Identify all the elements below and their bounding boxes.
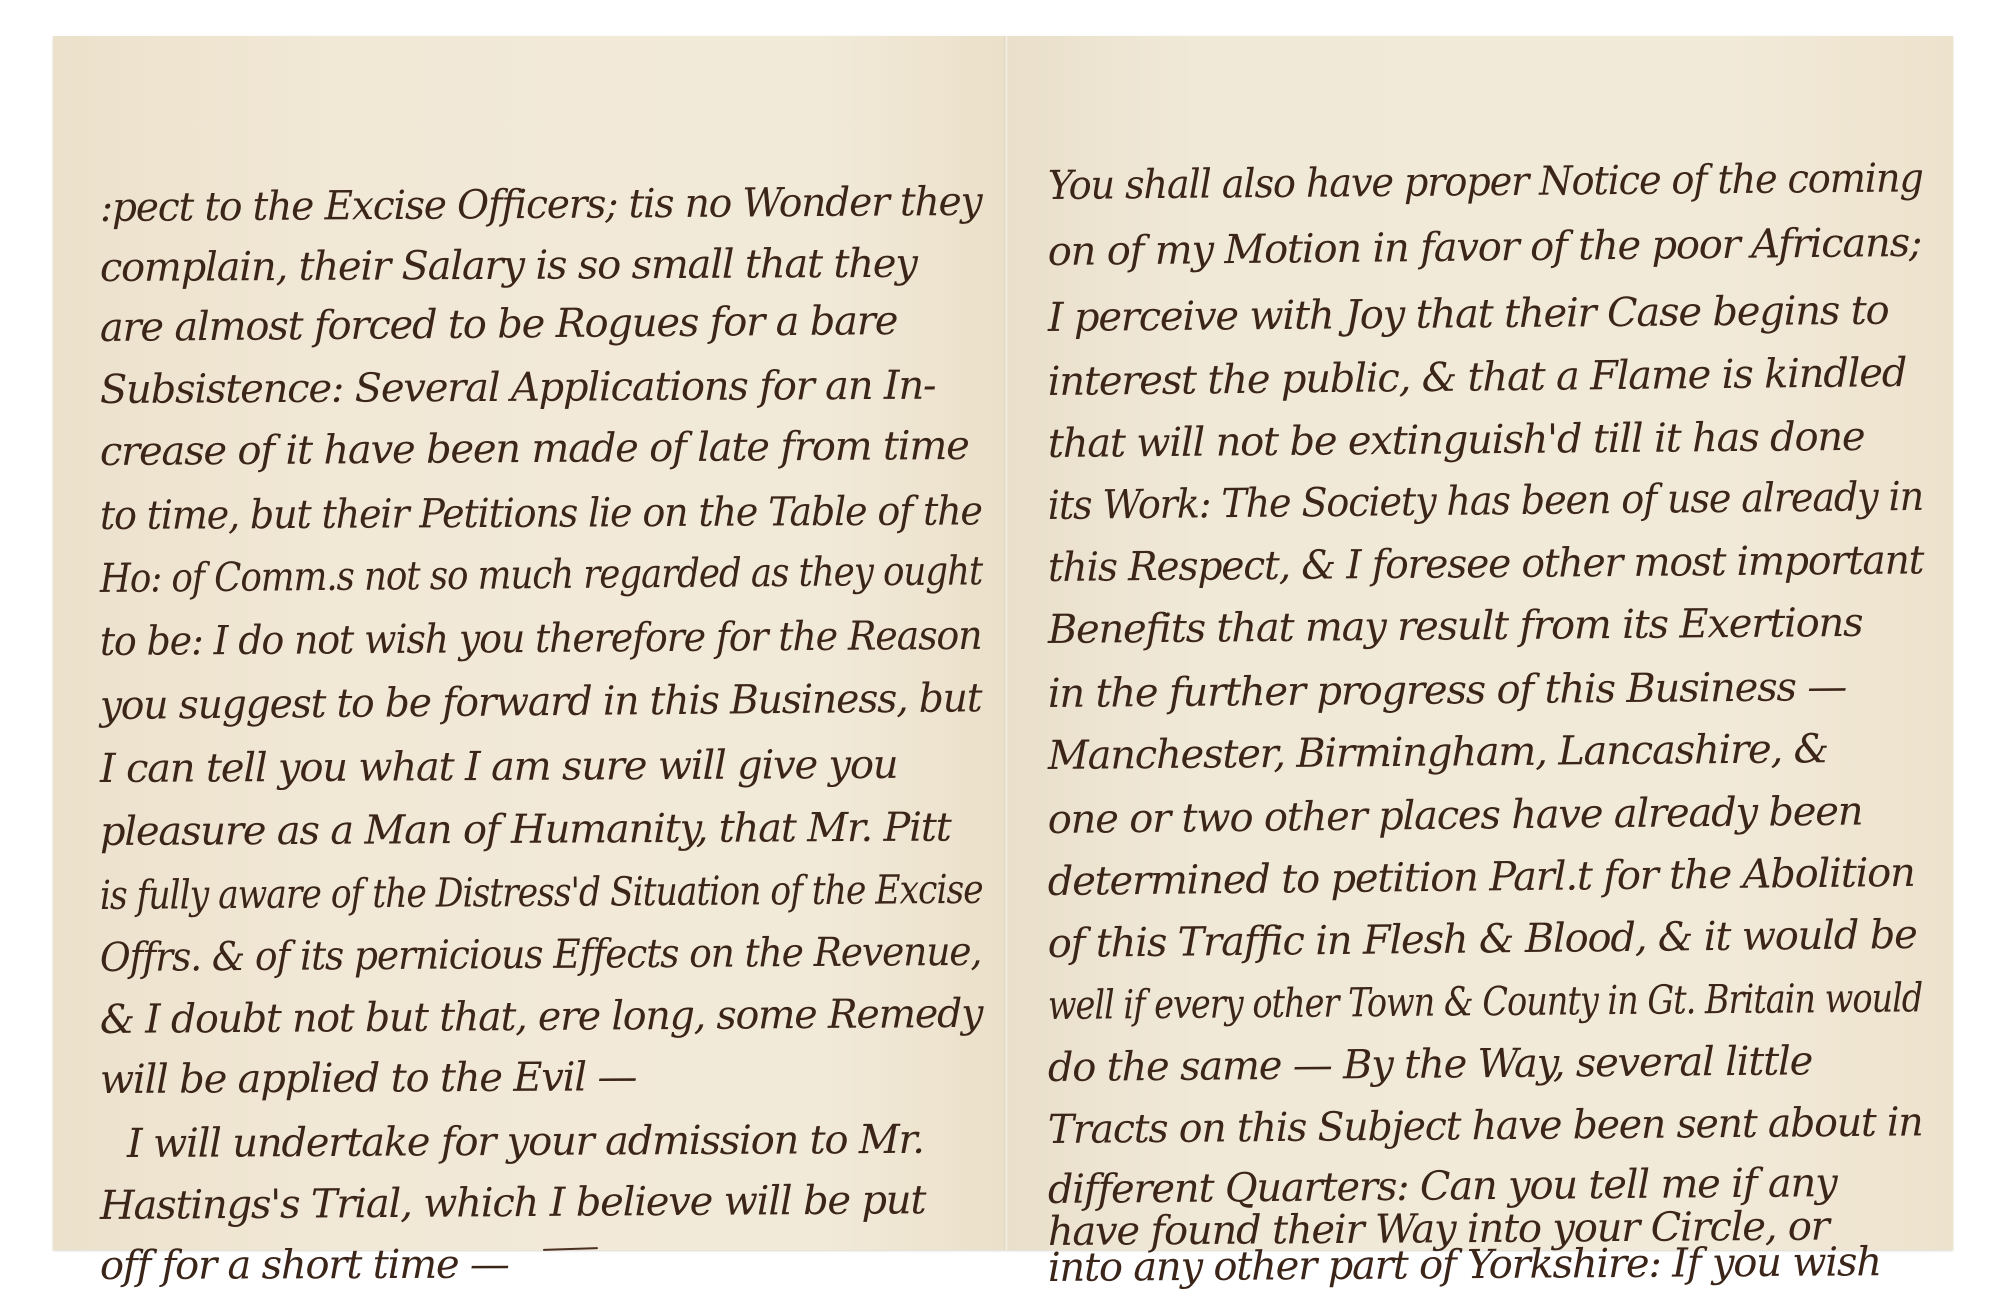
handwritten-line: Subsistence: Several Applications for an… (100, 366, 936, 410)
handwritten-line: do the same — By the Way, several little (1048, 1041, 1813, 1088)
handwritten-line: in the further progress of this Business… (1048, 667, 1847, 714)
handwritten-line: Offrs. & of its pernicious Effects on th… (100, 932, 982, 978)
handwritten-line: Manchester, Birmingham, Lancashire, & (1048, 729, 1828, 776)
handwritten-line: You shall also have proper Notice of the… (1048, 158, 1923, 206)
letter-sheet: :pect to the Excise Officers; tis no Won… (53, 36, 1953, 1250)
handwritten-line: one or two other places have already bee… (1048, 791, 1863, 840)
handwritten-line: Hastings's Trial, which I believe will b… (100, 1180, 926, 1226)
handwritten-line: Tracts on this Subject have been sent ab… (1048, 1102, 1923, 1150)
left-page: :pect to the Excise Officers; tis no Won… (53, 36, 1005, 1250)
handwritten-line: crease of it have been made of late from… (100, 426, 969, 472)
handwritten-line: to time, but their Petitions lie on the … (100, 491, 982, 536)
handwritten-line: on of my Motion in favor of the poor Afr… (1048, 223, 1922, 272)
handwritten-line: will be applied to the Evil — (100, 1057, 637, 1100)
handwritten-line: Ho: of Comm.s not so much regarded as th… (100, 551, 983, 599)
handwritten-line: & I doubt not but that, ere long, some R… (100, 994, 983, 1040)
handwritten-line: its Work: The Society has been of use al… (1048, 477, 1924, 526)
handwritten-line: different Quarters: Can you tell me if a… (1048, 1163, 1837, 1210)
handwritten-line: interest the public, & that a Flame is k… (1048, 353, 1907, 402)
handwritten-line: :pect to the Excise Officers; tis no Won… (100, 182, 982, 228)
right-page: You shall also have proper Notice of the… (1008, 36, 1953, 1250)
handwritten-line: off for a short time — (100, 1245, 509, 1286)
handwritten-line: you suggest to be forward in this Busine… (100, 678, 982, 726)
handwritten-line: I will undertake for your admission to M… (127, 1120, 924, 1164)
handwritten-line: is fully aware of the Distress'd Situati… (100, 870, 983, 916)
handwritten-line: that will not be extinguish'd till it ha… (1048, 417, 1865, 464)
handwritten-line: well if every other Town & County in Gt.… (1048, 978, 1923, 1026)
handwritten-line: of this Traffic in Flesh & Blood, & it w… (1048, 915, 1917, 964)
closing-dash-flourish (543, 1247, 598, 1251)
handwritten-line: Benefits that may result from its Exerti… (1048, 603, 1863, 650)
handwritten-line: complain, their Salary is so small that … (100, 244, 917, 288)
handwritten-line: this Respect, & I foresee other most imp… (1048, 540, 1924, 588)
handwritten-line: I can tell you what I am sure will give … (100, 745, 898, 789)
handwritten-line: into any other part of Yorkshire: If you… (1048, 1242, 1881, 1288)
handwritten-line: determined to petition Parl.t for the Ab… (1048, 853, 1915, 902)
handwritten-line: pleasure as a Man of Humanity, that Mr. … (100, 808, 951, 852)
handwritten-line: to be: I do not wish you therefore for t… (100, 616, 982, 662)
handwritten-line: are almost forced to be Rogues for a bar… (100, 301, 898, 348)
handwritten-line: I perceive with Joy that their Case begi… (1048, 291, 1889, 338)
